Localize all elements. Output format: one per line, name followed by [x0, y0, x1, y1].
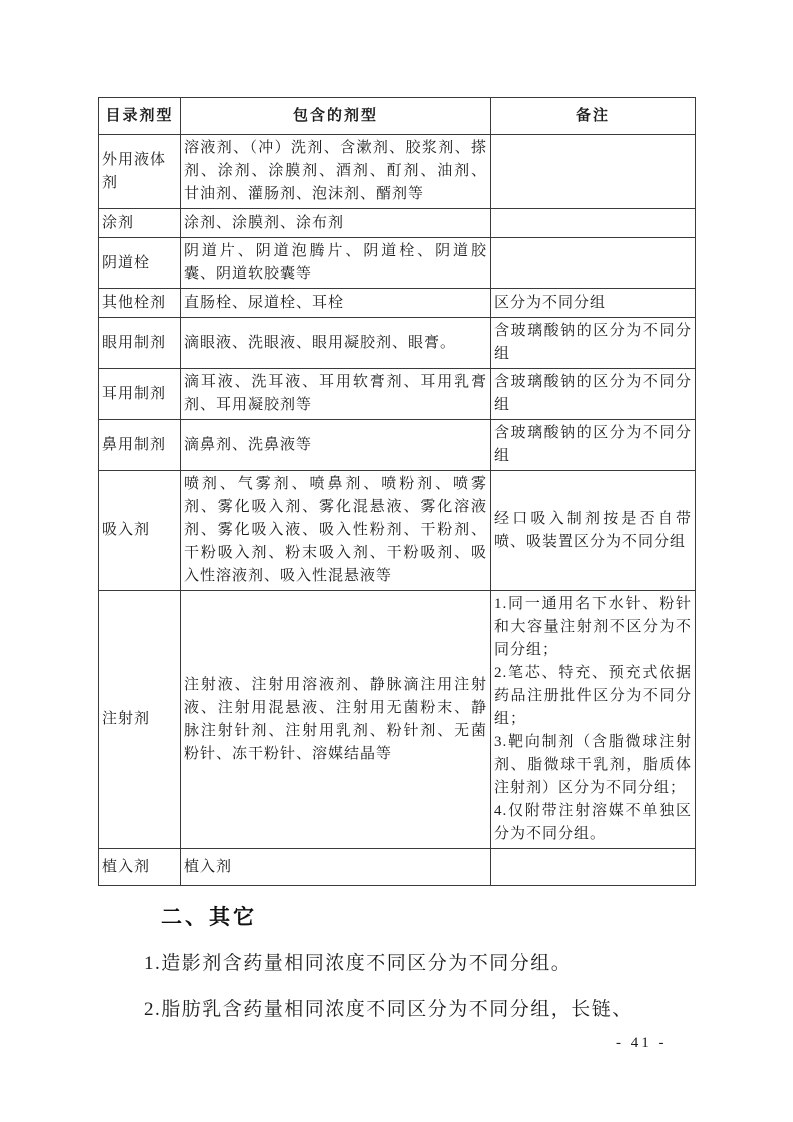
remark-cell [491, 849, 696, 886]
catalog-form-cell: 吸入剂 [99, 471, 181, 591]
table-row: 耳用制剂 滴耳液、洗耳液、耳用软膏剂、耳用乳膏剂、耳用凝胶剂等 含玻璃酸钠的区分… [99, 369, 696, 420]
table-row: 涂剂 涂剂、涂膜剂、涂布剂 [99, 209, 696, 238]
included-forms-cell: 溶液剂、（冲）洗剂、含漱剂、胶浆剂、搽剂、涂剂、涂膜剂、酒剂、酊剂、油剂、甘油剂… [181, 135, 491, 209]
included-forms-cell: 滴眼液、洗眼液、眼用凝胶剂、眼膏。 [181, 318, 491, 369]
remark-cell: 区分为不同分组 [491, 289, 696, 318]
remark-cell [491, 238, 696, 289]
table-header-row: 目录剂型 包含的剂型 备注 [99, 98, 696, 135]
header-included-forms: 包含的剂型 [181, 98, 491, 135]
remark-cell: 经口吸入制剂按是否自带喷、吸装置区分为不同分组 [491, 471, 696, 591]
table-row: 阴道栓 阴道片、阴道泡腾片、阴道栓、阴道胶囊、阴道软胶囊等 [99, 238, 696, 289]
included-forms-cell: 涂剂、涂膜剂、涂布剂 [181, 209, 491, 238]
table-row: 眼用制剂 滴眼液、洗眼液、眼用凝胶剂、眼膏。 含玻璃酸钠的区分为不同分组 [99, 318, 696, 369]
catalog-form-cell: 外用液体剂 [99, 135, 181, 209]
catalog-form-cell: 阴道栓 [99, 238, 181, 289]
document-page: 目录剂型 包含的剂型 备注 外用液体剂 溶液剂、（冲）洗剂、含漱剂、胶浆剂、搽剂… [0, 0, 793, 1122]
catalog-form-cell: 涂剂 [99, 209, 181, 238]
dosage-form-table: 目录剂型 包含的剂型 备注 外用液体剂 溶液剂、（冲）洗剂、含漱剂、胶浆剂、搽剂… [98, 97, 696, 886]
included-forms-cell: 喷剂、气雾剂、喷鼻剂、喷粉剂、喷雾剂、雾化吸入剂、雾化混悬液、雾化溶液剂、雾化吸… [181, 471, 491, 591]
header-remarks: 备注 [491, 98, 696, 135]
table-row: 鼻用制剂 滴鼻剂、洗鼻液等 含玻璃酸钠的区分为不同分组 [99, 420, 696, 471]
included-forms-cell: 滴鼻剂、洗鼻液等 [181, 420, 491, 471]
catalog-form-cell: 鼻用制剂 [99, 420, 181, 471]
included-forms-cell: 阴道片、阴道泡腾片、阴道栓、阴道胶囊、阴道软胶囊等 [181, 238, 491, 289]
header-catalog-form: 目录剂型 [99, 98, 181, 135]
section-item: 1.造影剂含药量相同浓度不同区分为不同分组。 [144, 948, 571, 975]
remark-cell: 含玻璃酸钠的区分为不同分组 [491, 318, 696, 369]
catalog-form-cell: 耳用制剂 [99, 369, 181, 420]
section-heading: 二、其它 [161, 901, 257, 931]
catalog-form-cell: 其他栓剂 [99, 289, 181, 318]
table-row: 植入剂 植入剂 [99, 849, 696, 886]
remark-cell: 含玻璃酸钠的区分为不同分组 [491, 369, 696, 420]
table-row: 吸入剂 喷剂、气雾剂、喷鼻剂、喷粉剂、喷雾剂、雾化吸入剂、雾化混悬液、雾化溶液剂… [99, 471, 696, 591]
included-forms-cell: 植入剂 [181, 849, 491, 886]
table-row: 外用液体剂 溶液剂、（冲）洗剂、含漱剂、胶浆剂、搽剂、涂剂、涂膜剂、酒剂、酊剂、… [99, 135, 696, 209]
catalog-form-cell: 眼用制剂 [99, 318, 181, 369]
catalog-form-cell: 注射剂 [99, 591, 181, 849]
section-item: 2.脂肪乳含药量相同浓度不同区分为不同分组，长链、 [144, 994, 633, 1021]
included-forms-cell: 滴耳液、洗耳液、耳用软膏剂、耳用乳膏剂、耳用凝胶剂等 [181, 369, 491, 420]
remark-cell: 1.同一通用名下水针、粉针和大容量注射剂不区分为不同分组； 2.笔芯、特充、预充… [491, 591, 696, 849]
remark-cell: 含玻璃酸钠的区分为不同分组 [491, 420, 696, 471]
table-row: 其他栓剂 直肠栓、尿道栓、耳栓 区分为不同分组 [99, 289, 696, 318]
catalog-form-cell: 植入剂 [99, 849, 181, 886]
included-forms-cell: 注射液、注射用溶液剂、静脉滴注用注射液、注射用混悬液、注射用无菌粉末、静脉注射针… [181, 591, 491, 849]
remark-cell [491, 135, 696, 209]
remark-cell [491, 209, 696, 238]
table-row: 注射剂 注射液、注射用溶液剂、静脉滴注用注射液、注射用混悬液、注射用无菌粉末、静… [99, 591, 696, 849]
page-number: - 41 - [616, 1035, 667, 1052]
included-forms-cell: 直肠栓、尿道栓、耳栓 [181, 289, 491, 318]
